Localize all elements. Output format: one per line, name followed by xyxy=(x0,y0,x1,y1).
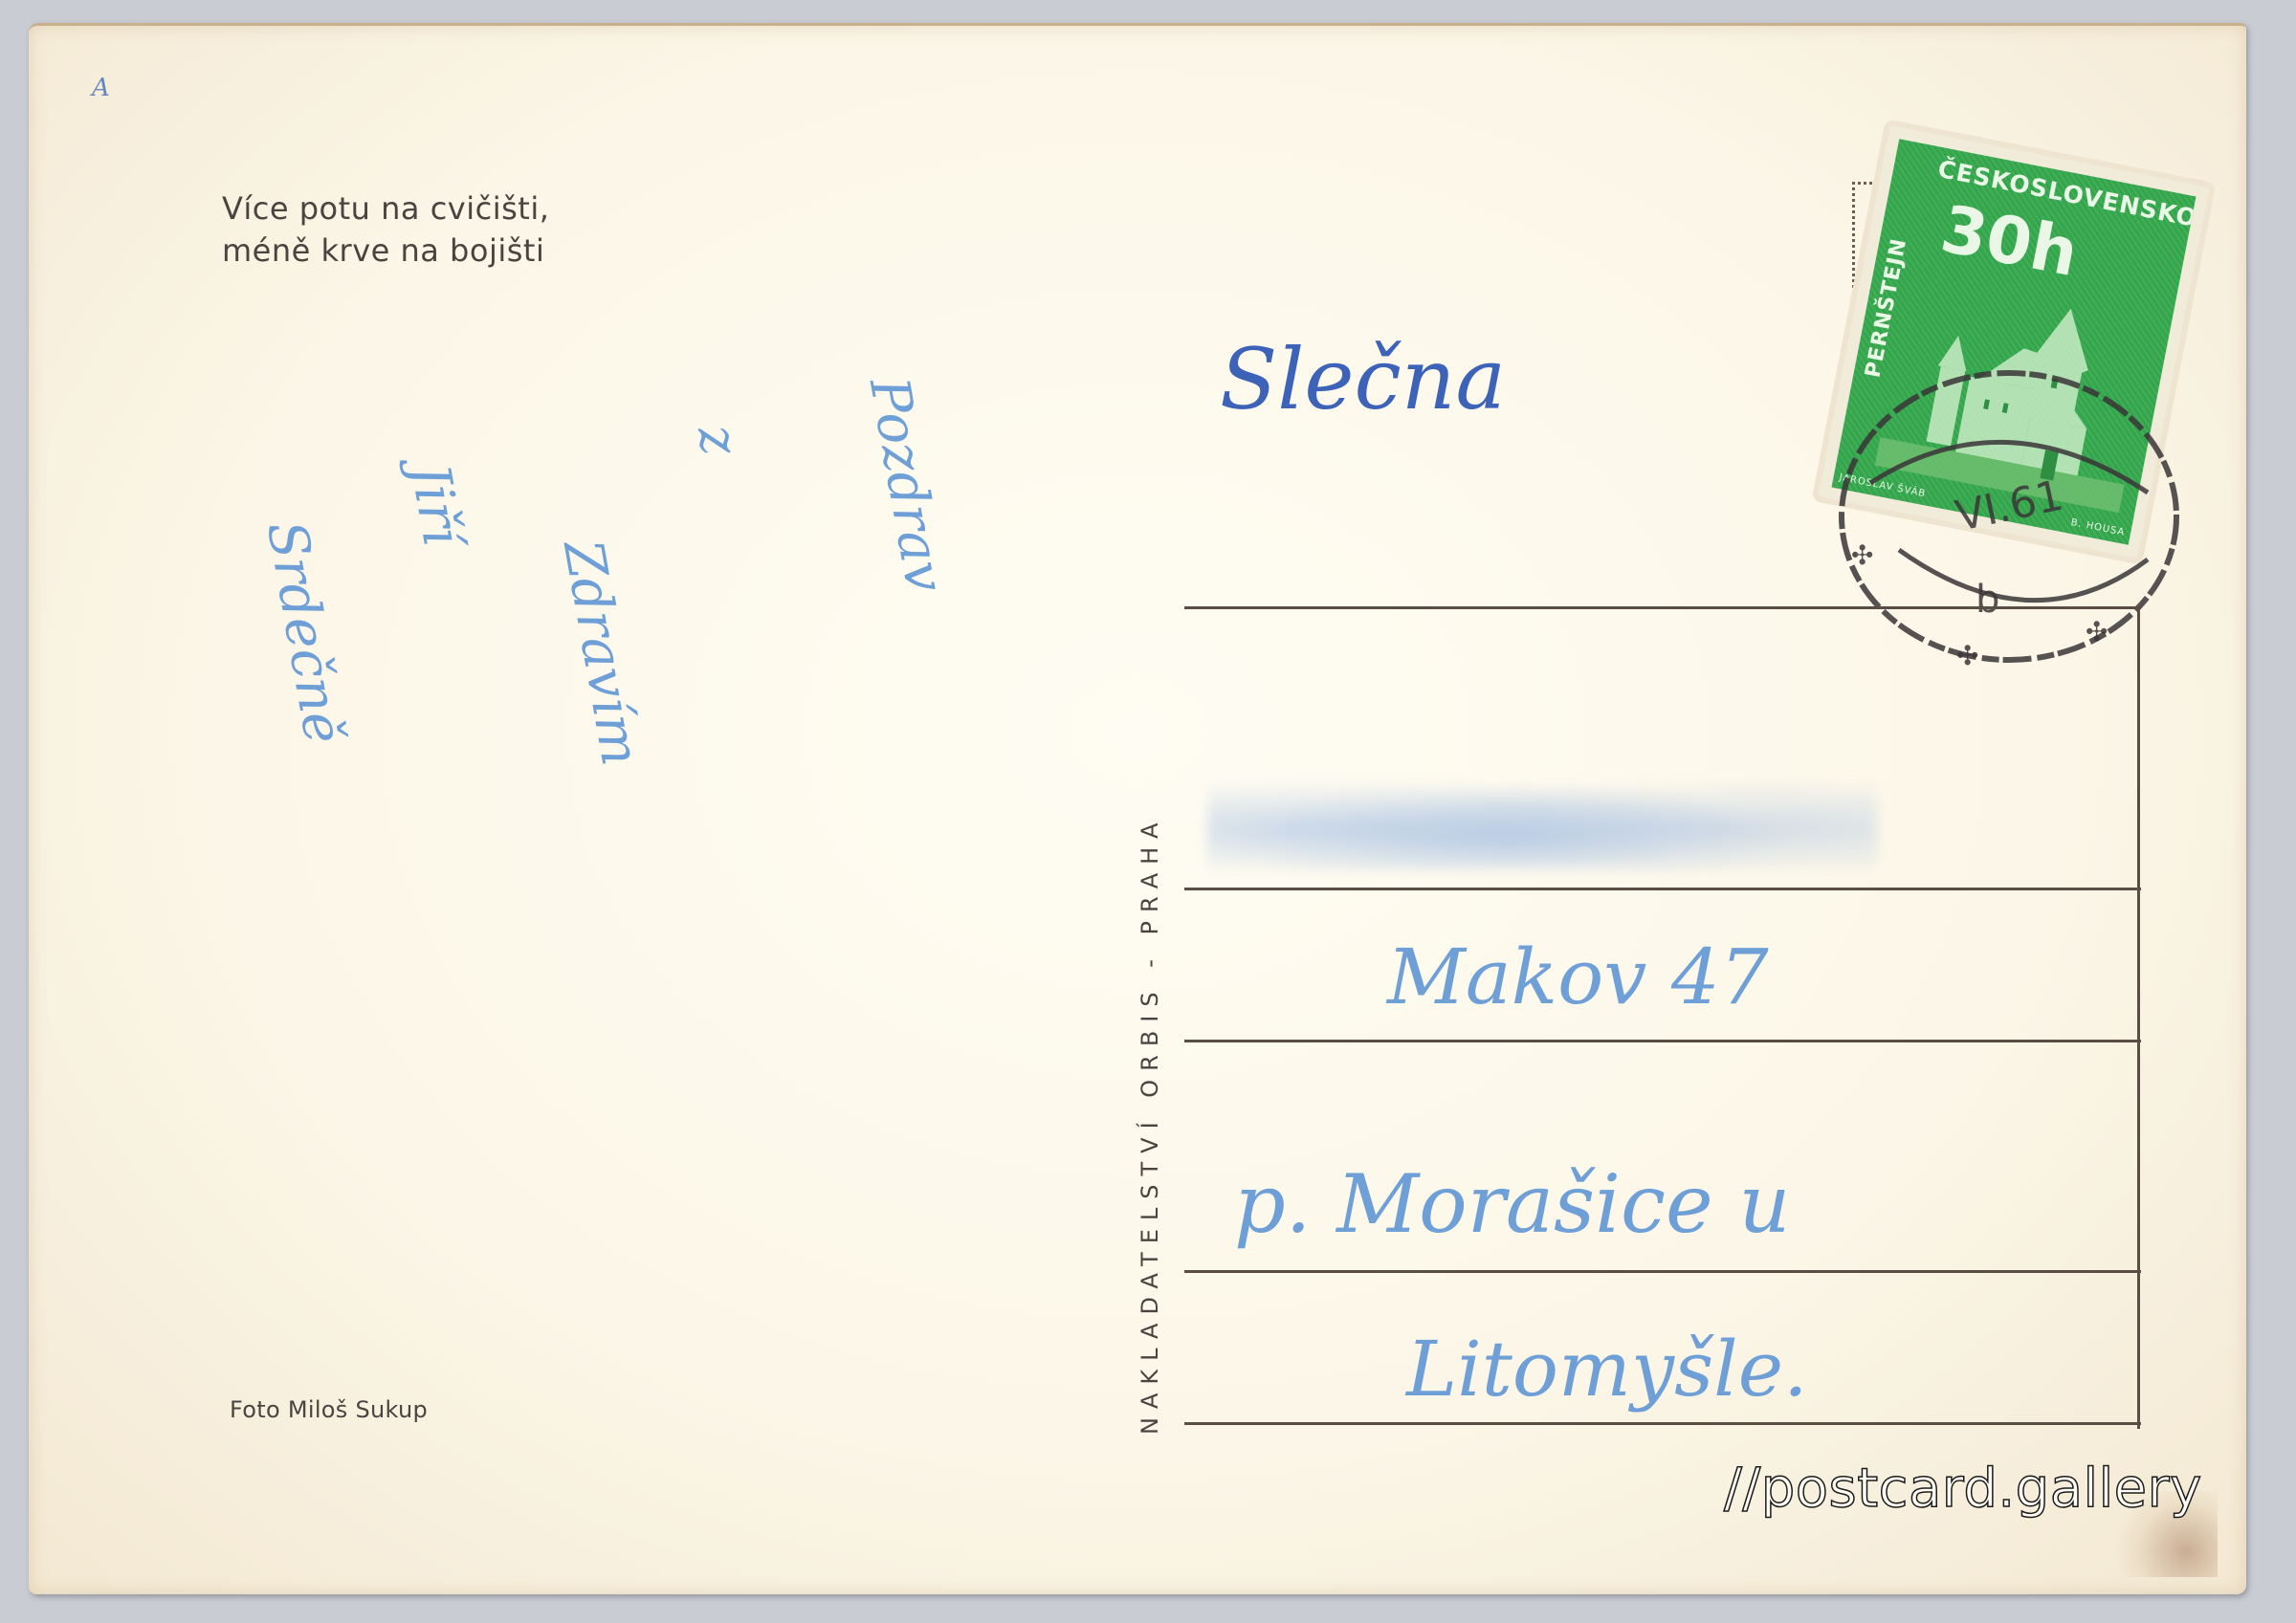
photo-credit: Foto Miloš Sukup xyxy=(230,1396,428,1423)
address-salutation: Slečna xyxy=(1220,330,1506,428)
address-line-3 xyxy=(1184,1040,2141,1042)
svg-text:✣: ✣ xyxy=(1956,640,1978,671)
slogan: Více potu na cvičišti, méně krve na boji… xyxy=(222,187,549,272)
address-line-5 xyxy=(1184,1422,2141,1425)
svg-text:✣: ✣ xyxy=(2086,616,2108,647)
svg-text:VI.61: VI.61 xyxy=(1952,472,2067,541)
svg-text:✣: ✣ xyxy=(1851,539,1873,571)
address-box-edge xyxy=(2137,606,2140,1429)
publisher-imprint: NAKLADATELSTVÍ ORBIS - PRAHA xyxy=(1137,814,1163,1435)
postmark-cancellation: VI.61 b ✣ ✣ ✣ xyxy=(1813,359,2186,684)
watermark: //postcard.gallery xyxy=(1724,1458,2202,1520)
address-post: p. Morašice u xyxy=(1234,1157,1791,1251)
address-name-redacted xyxy=(1207,765,1877,870)
slogan-line-1: Více potu na cvičišti, xyxy=(222,187,549,230)
svg-text:b: b xyxy=(1976,578,1999,622)
corner-ink-mark: A xyxy=(92,74,110,102)
address-street: Makov 47 xyxy=(1387,932,1769,1021)
address-line-4 xyxy=(1184,1270,2141,1273)
slogan-line-2: méně krve na bojišti xyxy=(222,230,549,272)
address-line-2 xyxy=(1184,888,2141,890)
address-town: Litomyšle. xyxy=(1406,1325,1808,1414)
address-line-1 xyxy=(1184,606,2141,609)
